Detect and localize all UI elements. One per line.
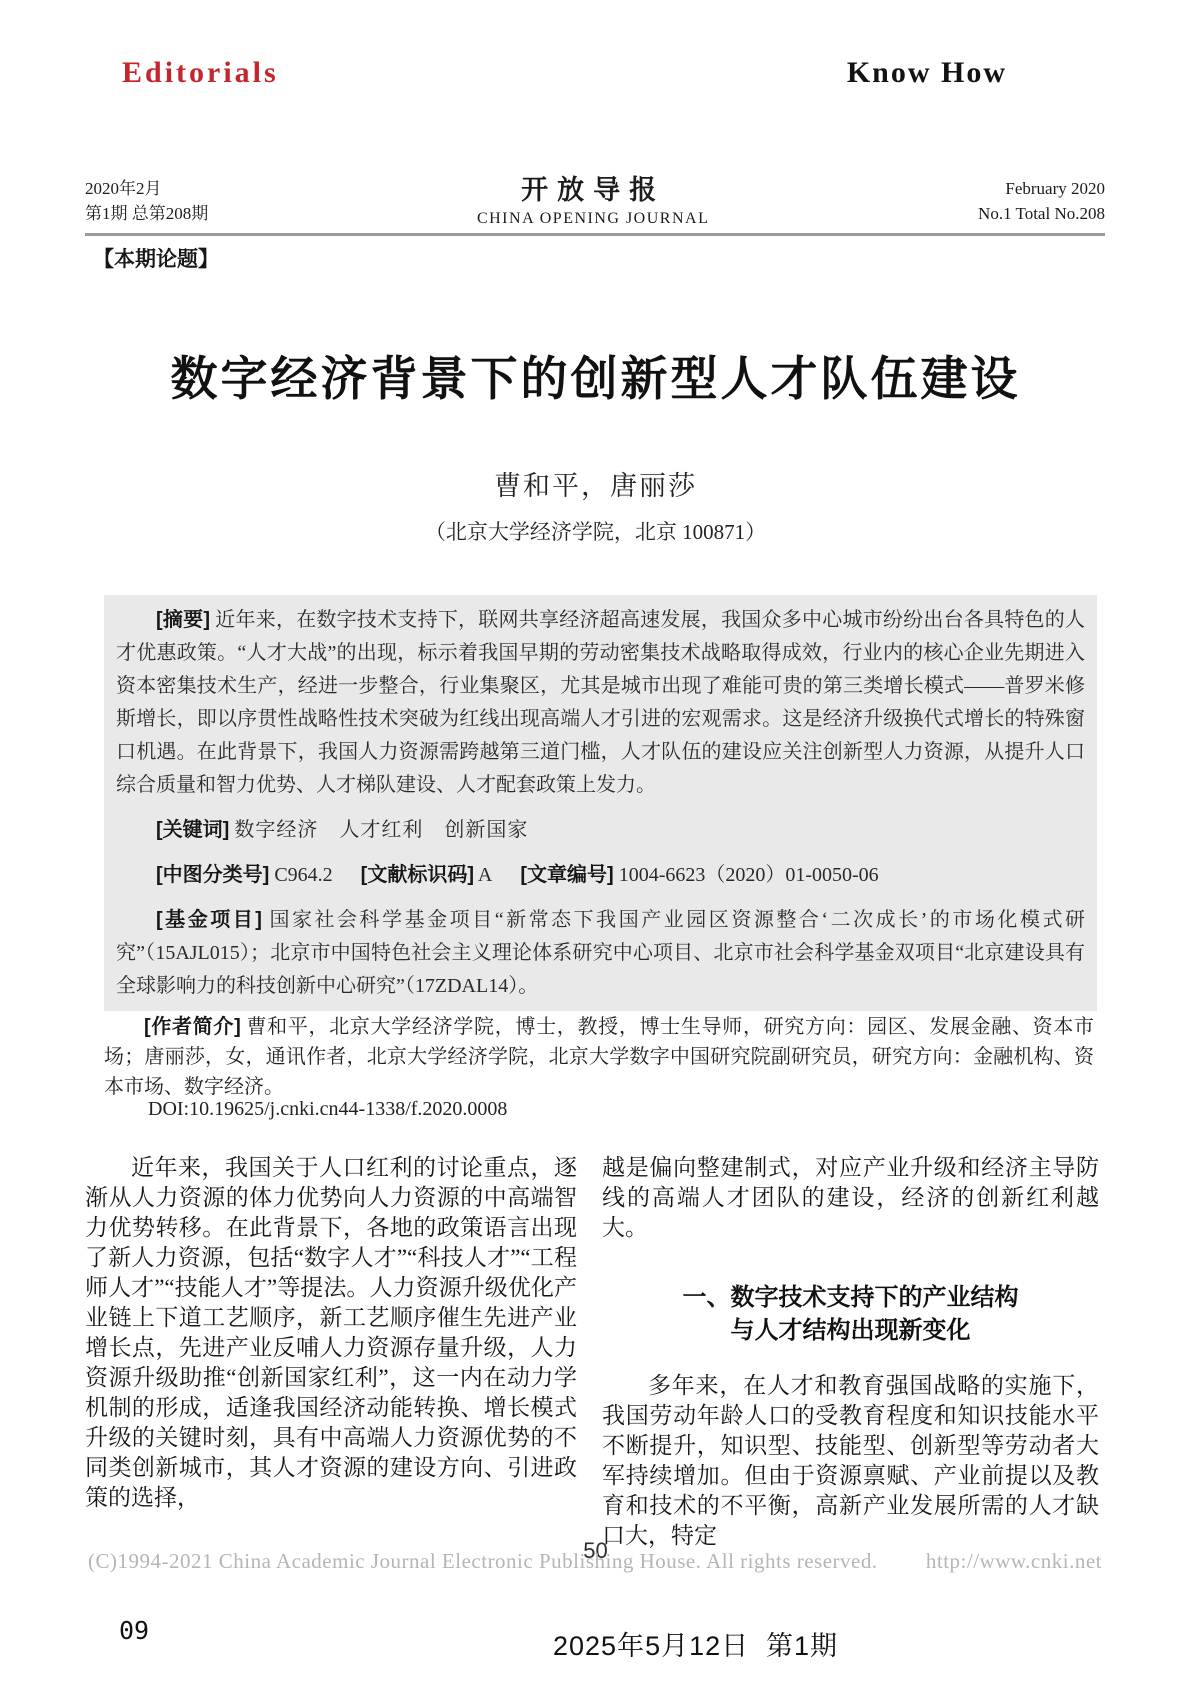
fund-paragraph: [基金项目] 国家社会科学基金项目“新常态下我国产业园区资源整合‘二次成长’的市… [116,904,1085,1003]
doc-code-value: A [478,864,492,886]
section-heading-line2: 与人才结构出现新变化 [602,1314,1099,1347]
clc-label: [中图分类号] [156,864,269,886]
body-paragraph-1-continued: 越是偏向整建制式，对应产业升级和经济主导防线的高端人才团队的建设，经济的创新红利… [602,1153,1099,1243]
journal-issue-cn: 第1期 总第208期 [85,201,208,226]
doc-code-label: [文献标识码] [361,864,474,886]
header-divider [85,233,1105,236]
abstract-label: [摘要] [156,609,210,631]
fund-label: [基金项目] [156,909,262,931]
keywords-line: [关键词] 数字经济 人才红利 创新国家 [116,814,1085,847]
author-bio-paragraph: [作者简介] 曹和平，北京大学经济学院，博士，教授，博士生导师，研究方向：园区、… [104,1012,1094,1102]
article-id-item: [文章编号] 1004-6623（2020）01-0050-06 [520,864,878,886]
abstract-block: [摘要] 近年来，在数字技术支持下，联网共享经济超高速发展，我国众多中心城市纷纷… [104,595,1097,1011]
author-bio-text: 曹和平，北京大学经济学院，博士，教授，博士生导师，研究方向：园区、发展金融、资本… [104,1016,1094,1098]
journal-header-left: 2020年2月 第1期 总第208期 [85,176,208,226]
abstract-paragraph: [摘要] 近年来，在数字技术支持下，联网共享经济超高速发展，我国众多中心城市纷纷… [116,604,1085,802]
classification-line: [中图分类号] C964.2[文献标识码] A[文章编号] 1004-6623（… [116,859,1085,892]
watermark-copyright: (C)1994-2021 China Academic Journal Elec… [88,1549,878,1574]
article-title: 数字经济背景下的创新型人才队伍建设 [0,342,1191,409]
journal-date-en: February 2020 [978,176,1105,201]
running-head-editorials: Editorials [122,56,279,90]
clc-item: [中图分类号] C964.2 [156,864,333,886]
body-paragraph-1: 近年来，我国关于人口红利的讨论重点，逐渐从人力资源的体力优势向人力资源的中高端智… [85,1153,577,1513]
keywords-label: [关键词] [156,819,229,841]
keywords-text: 数字经济 人才红利 创新国家 [234,819,528,841]
body-paragraph-2: 多年来，在人才和教育强国战略的实施下，我国劳动年龄人口的受教育程度和知识技能水平… [602,1371,1099,1551]
clc-value: C964.2 [274,864,332,886]
section-heading-line1: 一、数字技术支持下的产业结构 [602,1281,1099,1314]
article-authors: 曹和平，唐丽莎 [0,464,1191,503]
journal-title-en: CHINA OPENING JOURNAL [477,210,709,228]
topic-tag: 【本期论题】 [93,243,219,273]
viewer-issue-label: 第1期 [766,1624,838,1663]
abstract-text: 近年来，在数字技术支持下，联网共享经济超高速发展，我国众多中心城市纷纷出台各具特… [116,609,1085,796]
journal-issue-en: No.1 Total No.208 [978,201,1105,226]
body-right-column: 越是偏向整建制式，对应产业升级和经济主导防线的高端人才团队的建设，经济的创新红利… [602,1153,1099,1551]
viewer-date-label: 2025年5月12日 [553,1624,749,1663]
viewer-page-indicator: 09 [119,1616,149,1645]
author-bio-label: [作者简介] [144,1016,241,1038]
article-affiliation: （北京大学经济学院，北京 100871） [0,516,1191,546]
body-left-column: 近年来，我国关于人口红利的讨论重点，逐渐从人力资源的体力优势向人力资源的中高端智… [85,1153,577,1513]
cnki-watermark: (C)1994-2021 China Academic Journal Elec… [88,1549,1102,1574]
article-id-label: [文章编号] [520,864,613,886]
journal-header-center: 开放导报 CHINA OPENING JOURNAL [477,168,709,228]
doi-line: DOI:10.19625/j.cnki.cn44-1338/f.2020.000… [148,1098,507,1121]
journal-header: 2020年2月 第1期 总第208期 开放导报 CHINA OPENING JO… [85,166,1105,226]
author-bio-block: [作者简介] 曹和平，北京大学经济学院，博士，教授，博士生导师，研究方向：园区、… [104,1012,1094,1102]
section-heading: 一、数字技术支持下的产业结构 与人才结构出现新变化 [602,1281,1099,1347]
journal-title-cn: 开放导报 [477,168,709,207]
watermark-url: http://www.cnki.net [926,1549,1102,1574]
doc-code-item: [文献标识码] A [361,864,493,886]
journal-date-cn: 2020年2月 [85,176,208,201]
article-id-value: 1004-6623（2020）01-0050-06 [619,864,879,886]
running-head-know-how: Know How [847,56,1007,90]
fund-text: 国家社会科学基金项目“新常态下我国产业园区资源整合‘二次成长’的市场化模式研究”… [116,909,1085,997]
journal-page: Editorials Know How 2020年2月 第1期 总第208期 开… [0,0,1191,1685]
journal-header-right: February 2020 No.1 Total No.208 [978,176,1105,226]
